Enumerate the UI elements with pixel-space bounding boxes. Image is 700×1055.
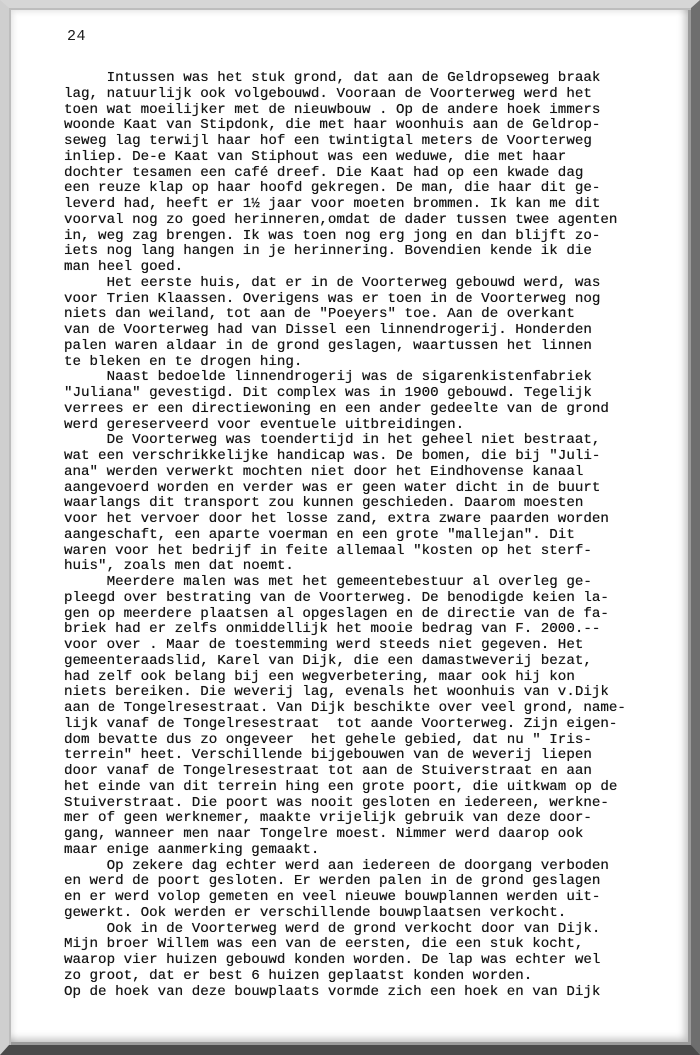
text-line: woonde Kaat van Stipdonk, die met haar w… (64, 118, 664, 134)
text-line: Naast bedoelde linnendrogerij was de sig… (64, 370, 664, 386)
text-line: verrees er een directiewoning en een and… (64, 402, 664, 418)
text-line: gen op meerdere plaatsen al opgeslagen e… (64, 607, 664, 623)
text-line: gewerkt. Ook werden er verschillende bou… (64, 906, 664, 922)
text-line: iets nog lang hangen in je herinnering. … (64, 244, 664, 260)
text-line: wat een verschrikkelijke handicap was. D… (64, 449, 664, 465)
text-line: De Voorterweg was toendertijd in het geh… (64, 433, 664, 449)
text-line: Meerdere malen was met het gemeentebestu… (64, 575, 664, 591)
text-line: terrein" heet. Verschillende bijgebouwen… (64, 748, 664, 764)
text-line: gemeenteraadslid, Karel van Dijk, die ee… (64, 654, 664, 670)
text-line: en er werd volop gemeten en veel nieuwe … (64, 890, 664, 906)
text-line: aan de Tongelresestraat. Van Dijk beschi… (64, 701, 664, 717)
text-line: voor over . Maar de toestemming werd ste… (64, 638, 664, 654)
text-line: palen waren aldaar in de grond geslagen,… (64, 339, 664, 355)
text-line: inliep. De-e Kaat van Stiphout was een w… (64, 150, 664, 166)
text-line: Op de hoek van deze bouwplaats vormde zi… (64, 985, 664, 1001)
text-line: voor het vervoer door het losse zand, ex… (64, 512, 664, 528)
text-line: dochter tesamen een café dreef. Die Kaat… (64, 166, 664, 182)
text-line: Stuiverstraat. Die poort was nooit geslo… (64, 796, 664, 812)
text-line: niets dan weiland, tot aan de "Poeyers" … (64, 307, 664, 323)
text-line: seweg lag terwijl haar hof een twintigta… (64, 134, 664, 150)
text-line: briek had er zelfs onmiddellijk het mooi… (64, 622, 664, 638)
text-line: Op zekere dag echter werd aan iedereen d… (64, 859, 664, 875)
text-line: man heel goed. (64, 260, 664, 276)
text-line: ana" werden verwerkt mochten niet door h… (64, 465, 664, 481)
page-number: 24 (67, 28, 86, 45)
text-line: had zelf ook belang bij een wegverbeteri… (64, 670, 664, 686)
text-line: een reuze klap op haar hoofd gekregen. D… (64, 181, 664, 197)
text-line: Ook in de Voorterweg werd de grond verko… (64, 922, 664, 938)
text-line: mer of geen werknemer, maakte vrijelijk … (64, 811, 664, 827)
document-frame: 24 Intussen was het stuk grond, dat aan … (0, 0, 700, 1055)
text-line: aangevoerd worden en verder was er geen … (64, 481, 664, 497)
text-line: waarlangs dit transport zou kunnen gesch… (64, 496, 664, 512)
text-line: Mijn broer Willem was een van de eersten… (64, 937, 664, 953)
text-line: lijk vanaf de Tongelresestraat tot aande… (64, 717, 664, 733)
text-line: waarop vier huizen gebouwd konden worden… (64, 953, 664, 969)
text-line: leverd had, heeft er 1½ jaar voor moeten… (64, 197, 664, 213)
text-line: gang, wanneer men naar Tongelre moest. N… (64, 827, 664, 843)
text-line: het einde van dit terrein hing een grote… (64, 780, 664, 796)
text-line: lag, natuurlijk ook volgebouwd. Vooraan … (64, 87, 664, 103)
text-line: aangeschaft, een aparte voerman en een g… (64, 528, 664, 544)
text-line: huis", zoals men dat noemt. (64, 559, 664, 575)
text-line: toen wat moeilijker met de nieuwbouw . O… (64, 103, 664, 119)
text-line: pleegd over bestrating van de Voorterweg… (64, 591, 664, 607)
text-line: te bleken en te drogen hing. (64, 355, 664, 371)
text-line: dom bevatte dus zo ongeveer het gehele g… (64, 733, 664, 749)
text-line: "Juliana" gevestigd. Dit complex was in … (64, 386, 664, 402)
typewritten-body-text: Intussen was het stuk grond, dat aan de … (64, 71, 664, 1000)
text-line: waren voor het bedrijf in feite allemaal… (64, 544, 664, 560)
text-line: Het eerste huis, dat er in de Voorterweg… (64, 276, 664, 292)
text-line: Intussen was het stuk grond, dat aan de … (64, 71, 664, 87)
text-line: door vanaf de Tongelresestraat tot aan d… (64, 764, 664, 780)
text-line: en werd de poort gesloten. Er werden pal… (64, 874, 664, 890)
text-line: werd gereserveerd voor eventuele uitbrei… (64, 418, 664, 434)
text-line: voor Trien Klaassen. Overigens was er to… (64, 292, 664, 308)
text-line: van de Voorterweg had van Dissel een lin… (64, 323, 664, 339)
text-line: niets bereiken. Die weverij lag, evenals… (64, 685, 664, 701)
text-line: zo groot, dat er best 6 huizen geplaatst… (64, 969, 664, 985)
text-line: in, weg zag brengen. Ik was toen nog erg… (64, 229, 664, 245)
text-line: maar enige aanmerking gemaakt. (64, 843, 664, 859)
text-line: voorval nog zo goed herinneren,omdat de … (64, 213, 664, 229)
